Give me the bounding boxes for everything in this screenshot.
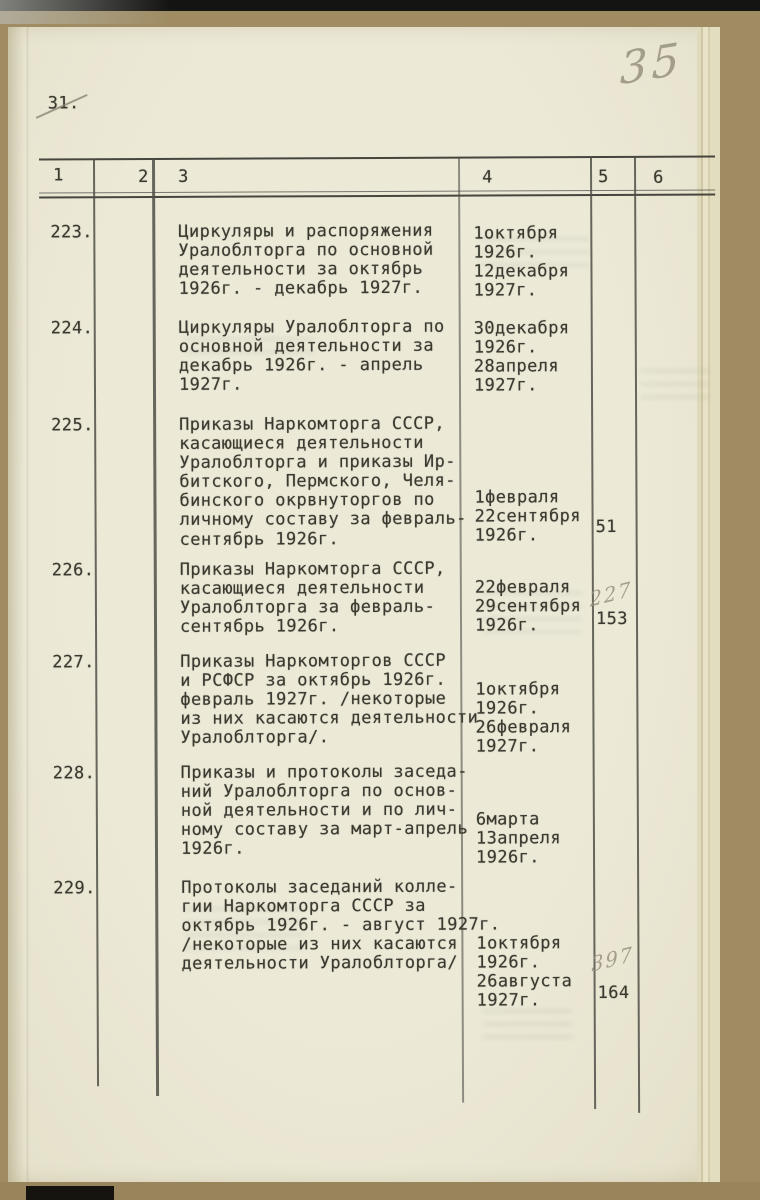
row-pencil-note: 397 bbox=[591, 941, 635, 976]
column-header-4: 4 bbox=[482, 169, 493, 188]
row-dates: 1октября 1926г. 26февраля 1927г. bbox=[475, 680, 595, 757]
row-number: 226. bbox=[52, 561, 95, 580]
row-sheet-count: 51 bbox=[596, 518, 617, 537]
column-rule-2 bbox=[152, 159, 159, 1096]
column-header-6: 6 bbox=[653, 169, 664, 188]
header-bottom-rule-thin bbox=[39, 190, 715, 194]
row-number: 228. bbox=[53, 764, 96, 783]
column-rule-5 bbox=[634, 157, 640, 1113]
row-dates: 1февраля 22сентября 1926г. bbox=[474, 488, 594, 546]
row-dates: 6марта 13апреля 1926г. bbox=[476, 810, 596, 868]
row-dates: 30декабря 1926г. 28апреля 1927г. bbox=[474, 319, 594, 396]
row-description: Циркуляры Уралоблторга по основной деяте… bbox=[179, 317, 499, 395]
table-row: 226. Приказы Наркомторга СССР, касающиес… bbox=[0, 558, 760, 561]
column-header-1: 1 bbox=[53, 166, 64, 185]
row-number: 225. bbox=[51, 416, 94, 435]
row-number: 229. bbox=[53, 879, 96, 898]
column-rule-1 bbox=[93, 159, 99, 1086]
row-number: 224. bbox=[51, 319, 94, 338]
table-row: 224. Циркуляры Уралоблторга по основной … bbox=[0, 316, 759, 319]
row-dates: 22февраля 29сентября 1926г. bbox=[475, 578, 595, 636]
column-header-2: 2 bbox=[138, 168, 149, 187]
typed-content: 35 31. 1 2 3 4 5 6 223. Циркуляры и расп… bbox=[0, 0, 760, 1200]
row-description: Протоколы заседаний колле- гии Наркомтор… bbox=[181, 877, 501, 974]
row-description: Циркуляры и распоряжения Уралоблторга по… bbox=[178, 221, 498, 299]
page-number-handwritten: 35 bbox=[620, 33, 684, 95]
column-header-5: 5 bbox=[598, 168, 609, 187]
header-bottom-rule bbox=[39, 194, 715, 199]
row-dates: 1октября 1926г. 26августа 1927г. bbox=[476, 934, 596, 1011]
table-row: 228. Приказы и протоколы заседа- ний Ура… bbox=[1, 761, 760, 764]
table-row: 229. Протоколы заседаний колле- гии Нарк… bbox=[1, 876, 760, 879]
scanned-document: 35 31. 1 2 3 4 5 6 223. Циркуляры и расп… bbox=[0, 0, 760, 1200]
column-header-3: 3 bbox=[178, 168, 189, 187]
row-number: 223. bbox=[50, 223, 93, 242]
row-description: Приказы Наркомторгов СССР и РСФСР за окт… bbox=[180, 651, 500, 748]
row-number: 227. bbox=[52, 653, 95, 672]
row-sheet-count: 153 bbox=[596, 610, 628, 629]
table-row: 227. Приказы Наркомторгов СССР и РСФСР з… bbox=[0, 650, 760, 653]
row-description: Приказы Наркомторга СССР, касающиеся дея… bbox=[180, 559, 500, 637]
table-top-rule bbox=[39, 156, 715, 161]
row-dates: 1октября 1926г. 12декабря 1927г. bbox=[473, 224, 593, 301]
table-row: 223. Циркуляры и распоряжения Уралоблтор… bbox=[0, 220, 758, 223]
row-pencil-note: 227 bbox=[589, 576, 633, 611]
table-row: 225. Приказы Наркомторга СССР, касающиес… bbox=[0, 413, 759, 416]
row-description: Приказы и протоколы заседа- ний Уралоблт… bbox=[181, 762, 501, 859]
row-sheet-count: 164 bbox=[598, 984, 630, 1003]
row-description: Приказы Наркомторга СССР, касающиеся дея… bbox=[179, 414, 500, 549]
